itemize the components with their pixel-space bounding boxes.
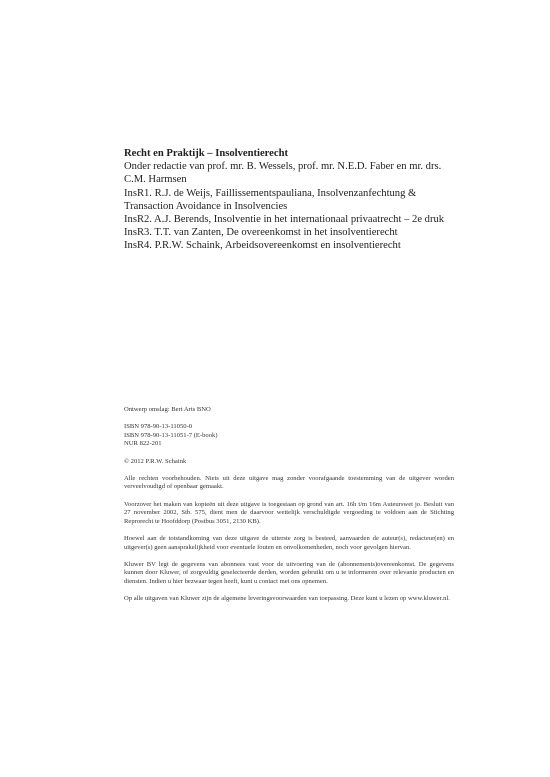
delivery-terms-paragraph: Op alle uitgaven van Kluwer zijn de alge… [124,595,454,604]
privacy-paragraph: Kluwer BV legt de gegevens van abonnees … [124,561,454,587]
isbn-print: ISBN 978-90-13-11050-0 [124,423,192,430]
series-volume: InsR2. A.J. Berends, Insolventie in het … [124,213,454,226]
colophon: Ontwerp omslag: Bert Arts BNO ISBN 978-9… [124,406,454,612]
reprography-paragraph: Voorzover het maken van kopieën uit deze… [124,501,454,527]
series-title: Recht en Praktijk – Insolventierecht [124,147,454,160]
nur-code: NUR 822-201 [124,440,162,447]
isbn-ebook: ISBN 978-90-13-11051-7 (E-book) [124,432,218,439]
series-volume: InsR1. R.J. de Weijs, Faillissementspaul… [124,187,454,213]
cover-design-credit: Ontwerp omslag: Bert Arts BNO [124,406,454,415]
copyright-notice: © 2012 P.R.W. Schaink [124,458,454,467]
liability-disclaimer-paragraph: Hoewel aan de totstandkoming van deze ui… [124,535,454,552]
series-volume: InsR3. T.T. van Zanten, De overeenkomst … [124,226,454,239]
series-block: Recht en Praktijk – Insolventierecht Ond… [124,147,454,253]
series-volume: InsR4. P.R.W. Schaink, Arbeidsovereenkom… [124,239,454,252]
rights-reserved-paragraph: Alle rechten voorbehouden. Niets uit dez… [124,475,454,492]
isbn-block: ISBN 978-90-13-11050-0 ISBN 978-90-13-11… [124,423,454,449]
series-editors: Onder redactie van prof. mr. B. Wessels,… [124,160,454,186]
